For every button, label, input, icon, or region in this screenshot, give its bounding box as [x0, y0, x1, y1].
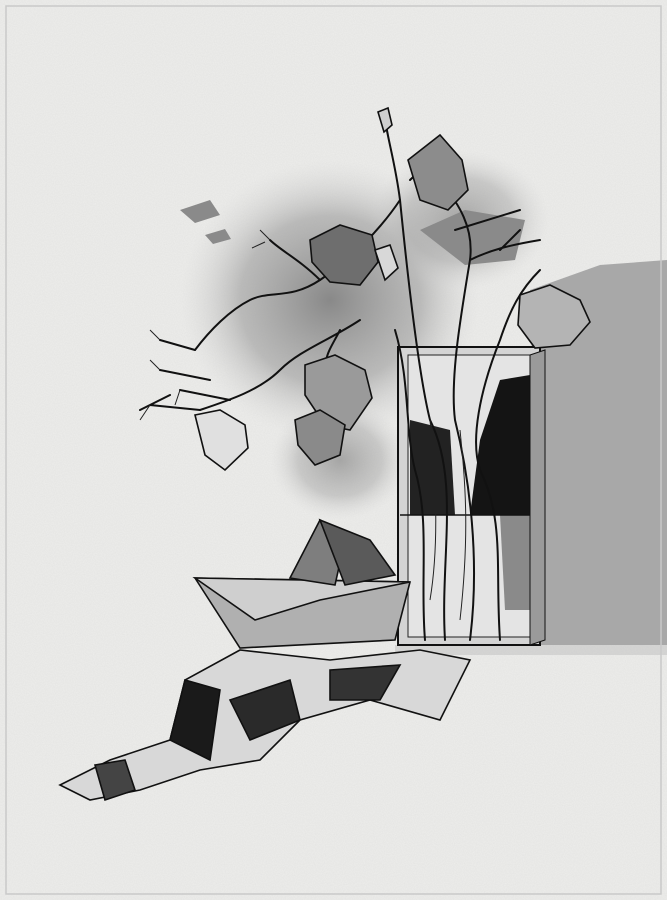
etching-artwork	[0, 0, 667, 900]
artwork-canvas	[0, 0, 667, 900]
